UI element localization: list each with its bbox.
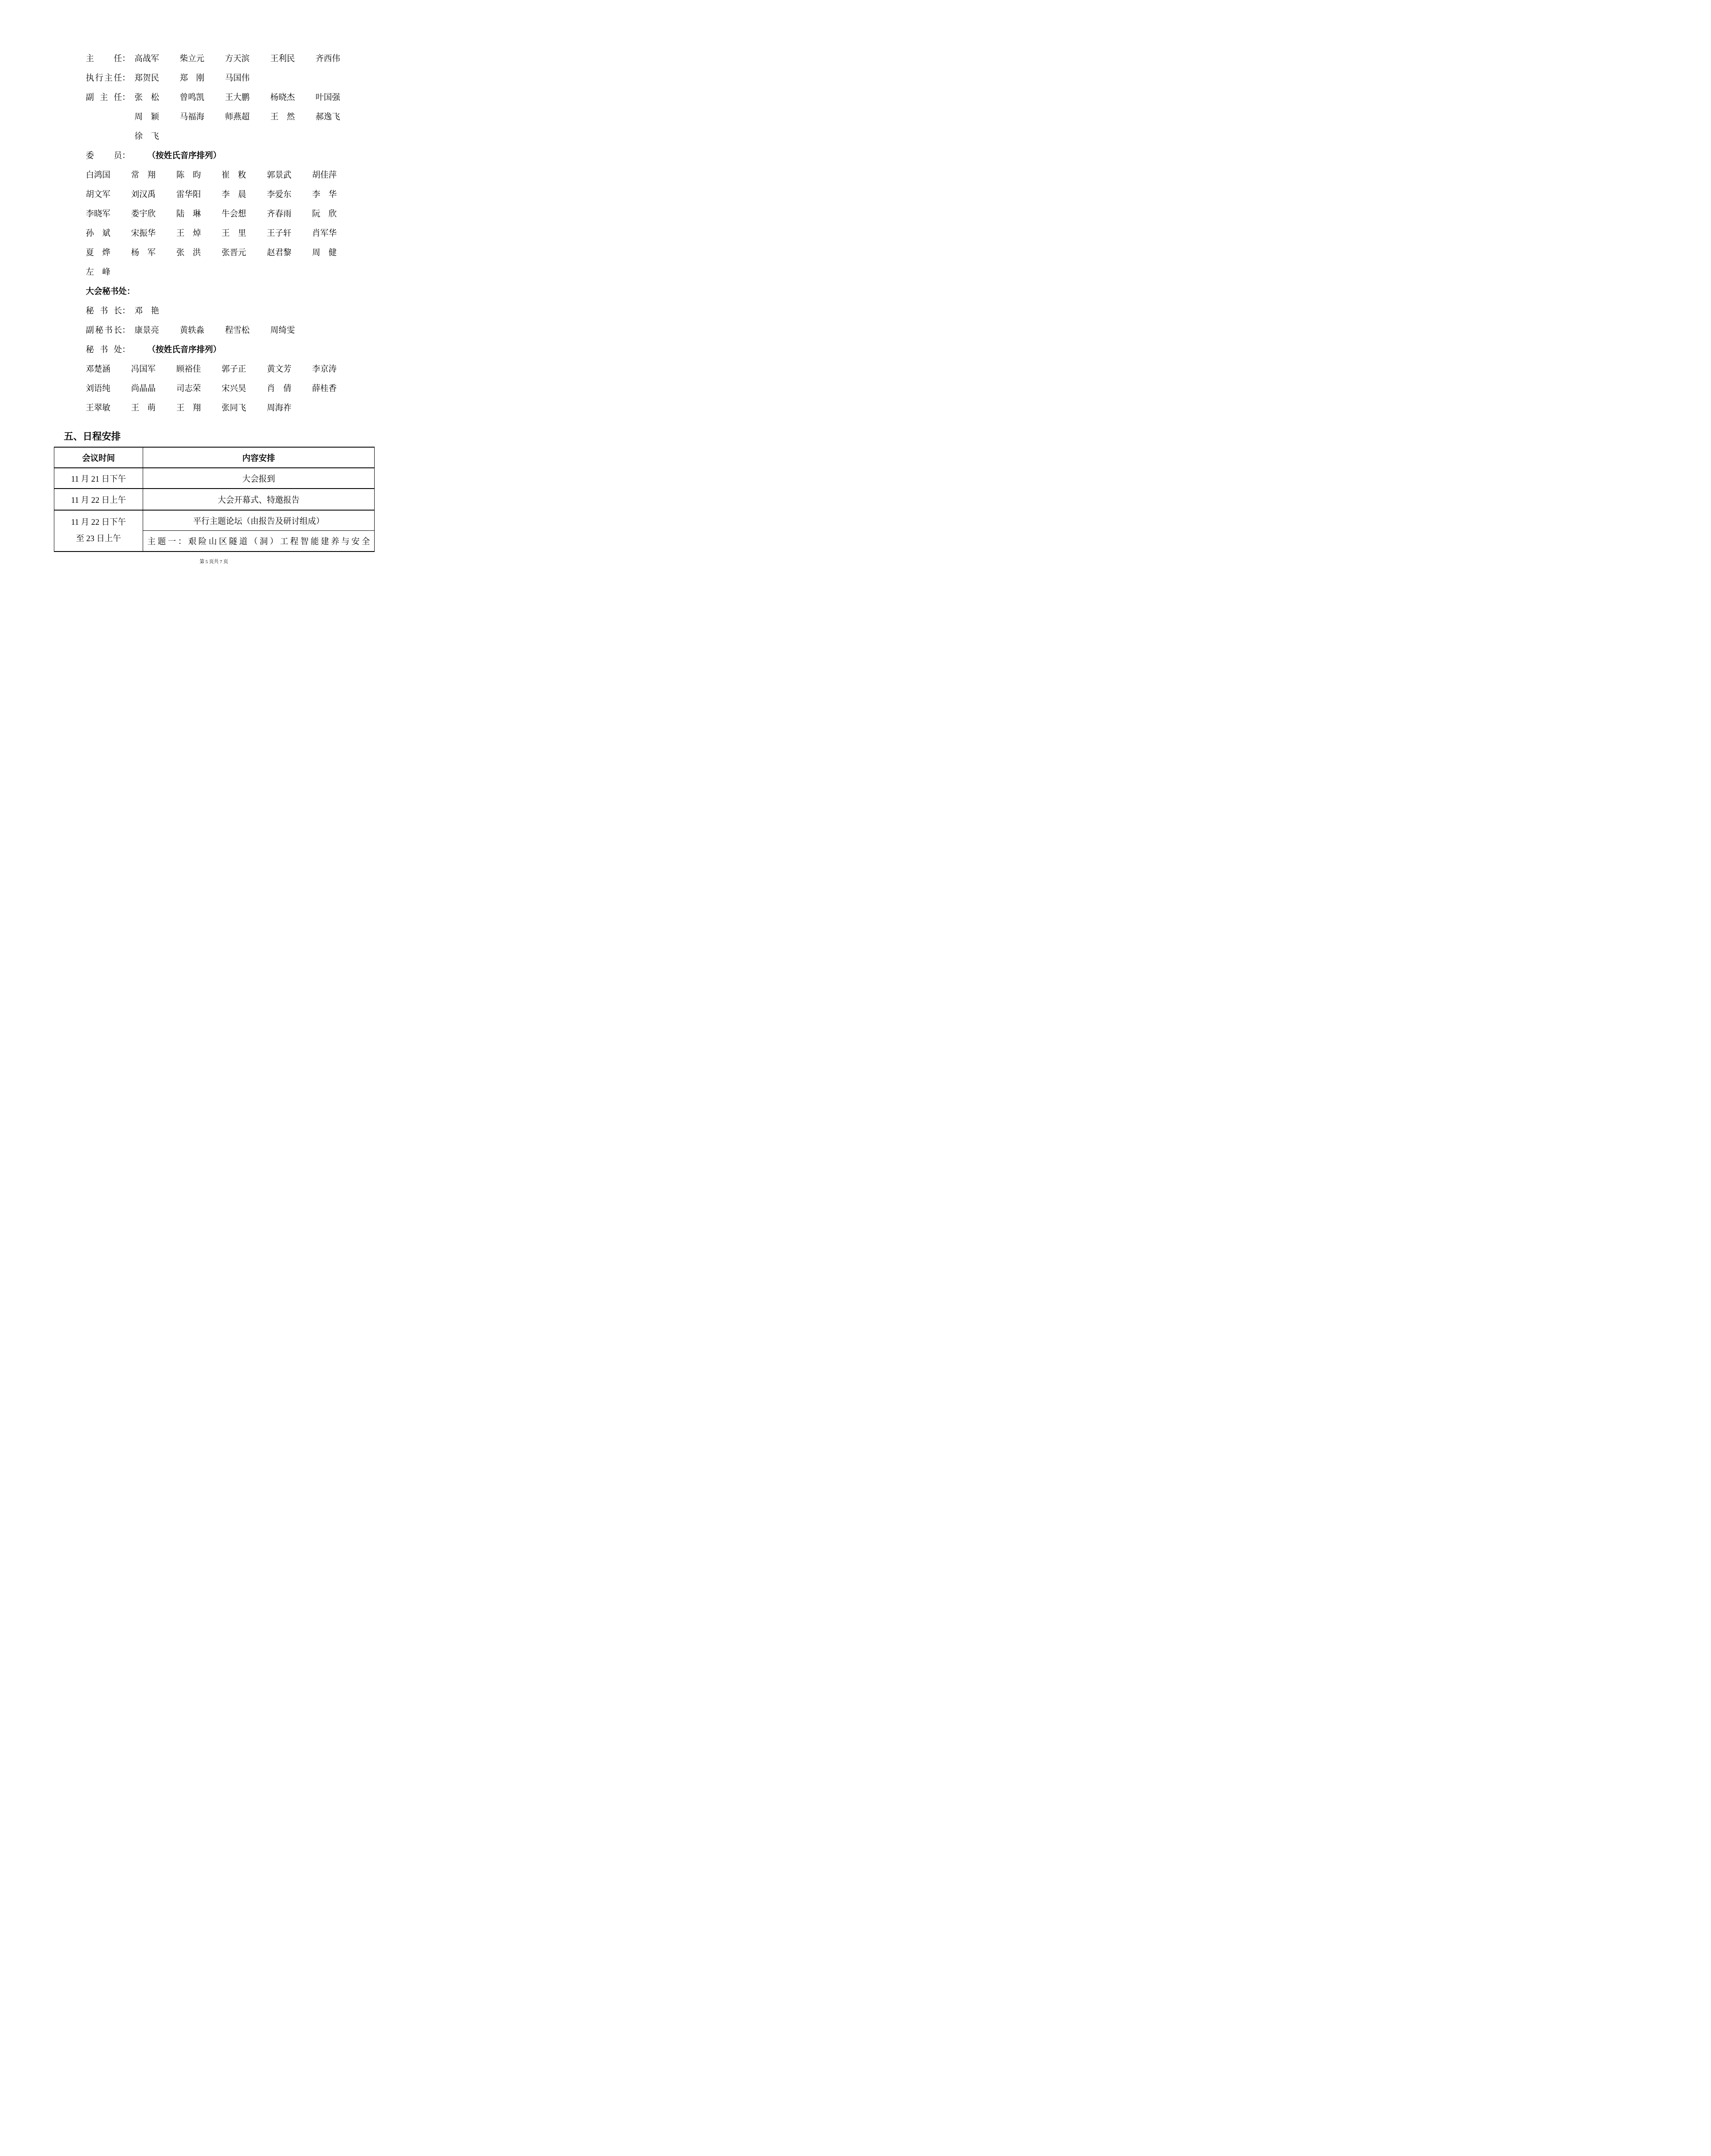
members-row: 白鸿国常 翔陈 昀崔 敉郭景武胡佳萍 [86,166,428,185]
person-name: 郑贺民 [135,69,159,88]
person-name: 李晓军 [86,204,110,224]
office-row: 刘语纯尚晶晶司志荣宋兴昊肖 倩薛桂香 [86,379,428,398]
schedule-row-2-content: 大会开幕式、特邀报告 [143,489,374,510]
person-name: 张 松 [135,88,159,107]
person-name: 杨晓杰 [270,88,295,107]
person-name: 王 萌 [131,398,156,418]
person-name: 王 翔 [176,398,201,418]
label-char: 秘 [86,301,94,321]
schedule-row-3-content: 平行主题论坛（由报告及研讨组成） 主题一：艰险山区隧道（洞）工程智能建养与安全 [143,511,374,551]
person-name: 张晋元 [222,243,246,263]
office-label: 秘书处 [86,340,122,360]
members-sort-note: （按姓氏音序排列） [147,146,221,166]
person-name: 常 翔 [131,166,156,185]
members-names-row6: 左 峰 [86,263,110,282]
person-name: 胡佳萍 [312,166,337,185]
person-name: 杨 军 [131,243,156,263]
person-name: 胡文军 [86,185,110,204]
members-row: 夏 烨杨 军张 洪张晋元赵君黎周 健 [86,243,428,263]
schedule-row-3-time-line2: 至 23 日上午 [76,531,121,547]
secretary-general-names: 邓 艳 [135,301,159,321]
person-name: 李 晨 [222,185,246,204]
person-name: 康景亮 [135,321,159,340]
line-deputy-director-row3: 徐 飞 [135,127,428,146]
label-char: 主 [104,69,113,88]
office-row: 邓楚涵冯国军顾裕佳郭子正黄文芳李京涛 [86,360,428,379]
person-name: 邓 艳 [135,301,159,321]
members-row: 左 峰 [86,263,428,282]
person-name: 师燕超 [225,107,250,127]
person-name: 齐春雨 [267,204,291,224]
person-name: 王 焯 [176,224,201,243]
person-name: 尚晶晶 [131,379,156,398]
person-name: 陆 琳 [176,204,201,224]
secretariat-title: 大会秘书处 [86,282,127,301]
person-name: 肖军华 [312,224,337,243]
line-office-label: 秘书处： （按姓氏音序排列） [86,340,428,360]
person-name: 王子轩 [267,224,291,243]
schedule-row-1: 11 月 21 日下午 大会报到 [54,468,374,489]
colon: ： [127,282,135,301]
deputy-director-names-row3: 徐 飞 [135,127,159,146]
person-name: 张同飞 [222,398,246,418]
person-name: 陈 昀 [176,166,201,185]
person-name: 崔 敉 [222,166,246,185]
director-label: 主任 [86,49,122,69]
page-number-footer: 第 5 页共 7 页 [0,559,428,565]
person-name: 孙 斌 [86,224,110,243]
person-name: 黄文芳 [267,360,291,379]
person-name: 白鸿国 [86,166,110,185]
colon: ： [122,301,130,321]
person-name: 郑 刚 [180,69,204,88]
line-deputy-director-row2: 周 颖马福海师燕超王 然郝逸飞 [135,107,428,127]
line-deputy-secretary-general: 副秘书长： 康景亮黄轶淼程雪松周绮雯 [86,321,428,340]
members-row: 李晓军娄宇欣陆 琳牛会想齐春雨阮 欣 [86,204,428,224]
document-body: 主任： 高战军柴立元方天滨王利民齐西伟 执行主任： 郑贺民郑 刚马国伟 副主任：… [0,0,428,565]
person-name: 郭子正 [222,360,246,379]
deputy-secretary-general-label: 副秘书长 [86,321,122,340]
person-name: 夏 烨 [86,243,110,263]
person-name: 周绮雯 [270,321,295,340]
line-director: 主任： 高战军柴立元方天滨王利民齐西伟 [86,49,428,69]
schedule-row-3-content-top: 平行主题论坛（由报告及研讨组成） [143,511,374,531]
person-name: 赵君黎 [267,243,291,263]
line-executive-director: 执行主任： 郑贺民郑 刚马国伟 [86,69,428,88]
line-deputy-director: 副主任： 张 松曾鸣凯王大鹏杨晓杰叶国强 [86,88,428,107]
members-row: 孙 斌宋振华王 焯王 里王子轩肖军华 [86,224,428,243]
secretary-general-label: 秘书长 [86,301,122,321]
members-names-row5: 夏 烨杨 军张 洪张晋元赵君黎周 健 [86,243,337,263]
schedule-header-time: 会议时间 [54,448,143,467]
members-names-row1: 白鸿国常 翔陈 昀崔 敉郭景武胡佳萍 [86,166,337,185]
deputy-secretary-general-names: 康景亮黄轶淼程雪松周绮雯 [135,321,295,340]
person-name: 高战军 [135,49,159,69]
person-name: 李爱东 [267,185,291,204]
colon: ： [122,146,130,166]
deputy-director-names-row2: 周 颖马福海师燕超王 然郝逸飞 [135,107,340,127]
line-secretariat-title: 大会秘书处： [86,282,428,301]
person-name: 雷华阳 [176,185,201,204]
person-name: 左 峰 [86,263,110,282]
colon: ： [122,321,130,340]
person-name: 顾裕佳 [176,360,201,379]
members-row: 胡文军刘汉禹雷华阳李 晨李爱东李 华 [86,185,428,204]
person-name: 齐西伟 [316,49,340,69]
person-name: 李 华 [312,185,337,204]
executive-director-names: 郑贺民郑 刚马国伟 [135,69,250,88]
person-name: 王利民 [270,49,295,69]
person-name: 邓楚涵 [86,360,110,379]
label-char: 任 [114,88,122,107]
executive-director-label: 执行主任 [86,69,122,88]
person-name: 王 然 [270,107,295,127]
schedule-row-3-content-bottom: 主题一：艰险山区隧道（洞）工程智能建养与安全 [143,531,374,551]
deputy-director-label: 副主任 [86,88,122,107]
schedule-row-2-time: 11 月 22 日上午 [54,489,143,510]
director-names: 高战军柴立元方天滨王利民齐西伟 [135,49,340,69]
schedule-row-1-time: 11 月 21 日下午 [54,468,143,488]
line-members-label: 委员： （按姓氏音序排列） [86,146,428,166]
person-name: 王翠敏 [86,398,110,418]
person-name: 阮 欣 [312,204,337,224]
members-label: 委员 [86,146,122,166]
person-name: 曾鸣凯 [180,88,204,107]
person-name: 程雪松 [225,321,250,340]
label-char: 处 [114,340,122,360]
person-name: 刘汉禹 [131,185,156,204]
person-name: 徐 飞 [135,127,159,146]
schedule-row-3-time: 11 月 22 日下午 至 23 日上午 [54,511,143,551]
members-names-row3: 李晓军娄宇欣陆 琳牛会想齐春雨阮 欣 [86,204,337,224]
label-char: 书 [100,340,108,360]
office-sort-note: （按姓氏音序排列） [147,340,221,360]
person-name: 张 洪 [176,243,201,263]
colon: ： [122,88,130,107]
schedule-row-2: 11 月 22 日上午 大会开幕式、特邀报告 [54,489,374,511]
person-name: 宋振华 [131,224,156,243]
person-name: 刘语纯 [86,379,110,398]
label-char: 主 [100,88,108,107]
label-char: 员 [114,146,122,166]
label-char: 任 [114,49,122,69]
person-name: 牛会想 [222,204,246,224]
schedule-topic-1: 主题一：艰险山区隧道（洞）工程智能建养与安全 [147,535,370,547]
colon: ： [122,69,130,88]
label-char: 任 [114,69,122,88]
label-char: 执 [86,69,94,88]
person-name: 马国伟 [225,69,250,88]
person-name: 肖 倩 [267,379,291,398]
label-char: 书 [104,321,113,340]
label-char: 副 [86,88,94,107]
line-secretary-general: 秘书长： 邓 艳 [86,301,428,321]
schedule-header-content: 内容安排 [143,448,374,467]
person-name: 司志荣 [176,379,201,398]
person-name: 周海祚 [267,398,291,418]
schedule-row-1-content: 大会报到 [143,468,374,488]
person-name: 黄轶淼 [180,321,204,340]
person-name: 王 里 [222,224,246,243]
schedule-row-3: 11 月 22 日下午 至 23 日上午 平行主题论坛（由报告及研讨组成） 主题… [54,511,374,551]
office-names-row1: 邓楚涵冯国军顾裕佳郭子正黄文芳李京涛 [86,360,337,379]
schedule-table: 会议时间 内容安排 11 月 21 日下午 大会报到 11 月 22 日上午 大… [54,447,375,552]
section-heading-schedule: 五、日程安排 [64,426,428,446]
document-page: 主任： 高战军柴立元方天滨王利民齐西伟 执行主任： 郑贺民郑 刚马国伟 副主任：… [0,0,428,605]
person-name: 柴立元 [180,49,204,69]
label-char: 副 [86,321,94,340]
schedule-row-3-time-line1: 11 月 22 日下午 [71,514,126,531]
person-name: 方天滨 [225,49,250,69]
office-names-row3: 王翠敏王 萌王 翔张同飞周海祚 [86,398,291,418]
person-name: 冯国军 [131,360,156,379]
label-char: 秘 [95,321,103,340]
label-char: 长 [114,301,122,321]
members-names-row2: 胡文军刘汉禹雷华阳李 晨李爱东李 华 [86,185,337,204]
person-name: 王大鹏 [225,88,250,107]
person-name: 娄宇欣 [131,204,156,224]
person-name: 李京涛 [312,360,337,379]
person-name: 薛桂香 [312,379,337,398]
colon: ： [122,49,130,69]
office-names-row2: 刘语纯尚晶晶司志荣宋兴昊肖 倩薛桂香 [86,379,337,398]
person-name: 马福海 [180,107,204,127]
office-row: 王翠敏王 萌王 翔张同飞周海祚 [86,398,428,418]
deputy-director-names-row1: 张 松曾鸣凯王大鹏杨晓杰叶国强 [135,88,340,107]
label-char: 委 [86,146,94,166]
person-name: 周 健 [312,243,337,263]
person-name: 郝逸飞 [316,107,340,127]
members-names-row4: 孙 斌宋振华王 焯王 里王子轩肖军华 [86,224,337,243]
label-char: 主 [86,49,94,69]
person-name: 宋兴昊 [222,379,246,398]
schedule-header-row: 会议时间 内容安排 [54,448,374,468]
colon: ： [122,340,130,360]
label-char: 行 [95,69,103,88]
label-char: 秘 [86,340,94,360]
person-name: 周 颖 [135,107,159,127]
label-char: 书 [100,301,108,321]
label-char: 长 [114,321,122,340]
person-name: 叶国强 [316,88,340,107]
person-name: 郭景武 [267,166,291,185]
